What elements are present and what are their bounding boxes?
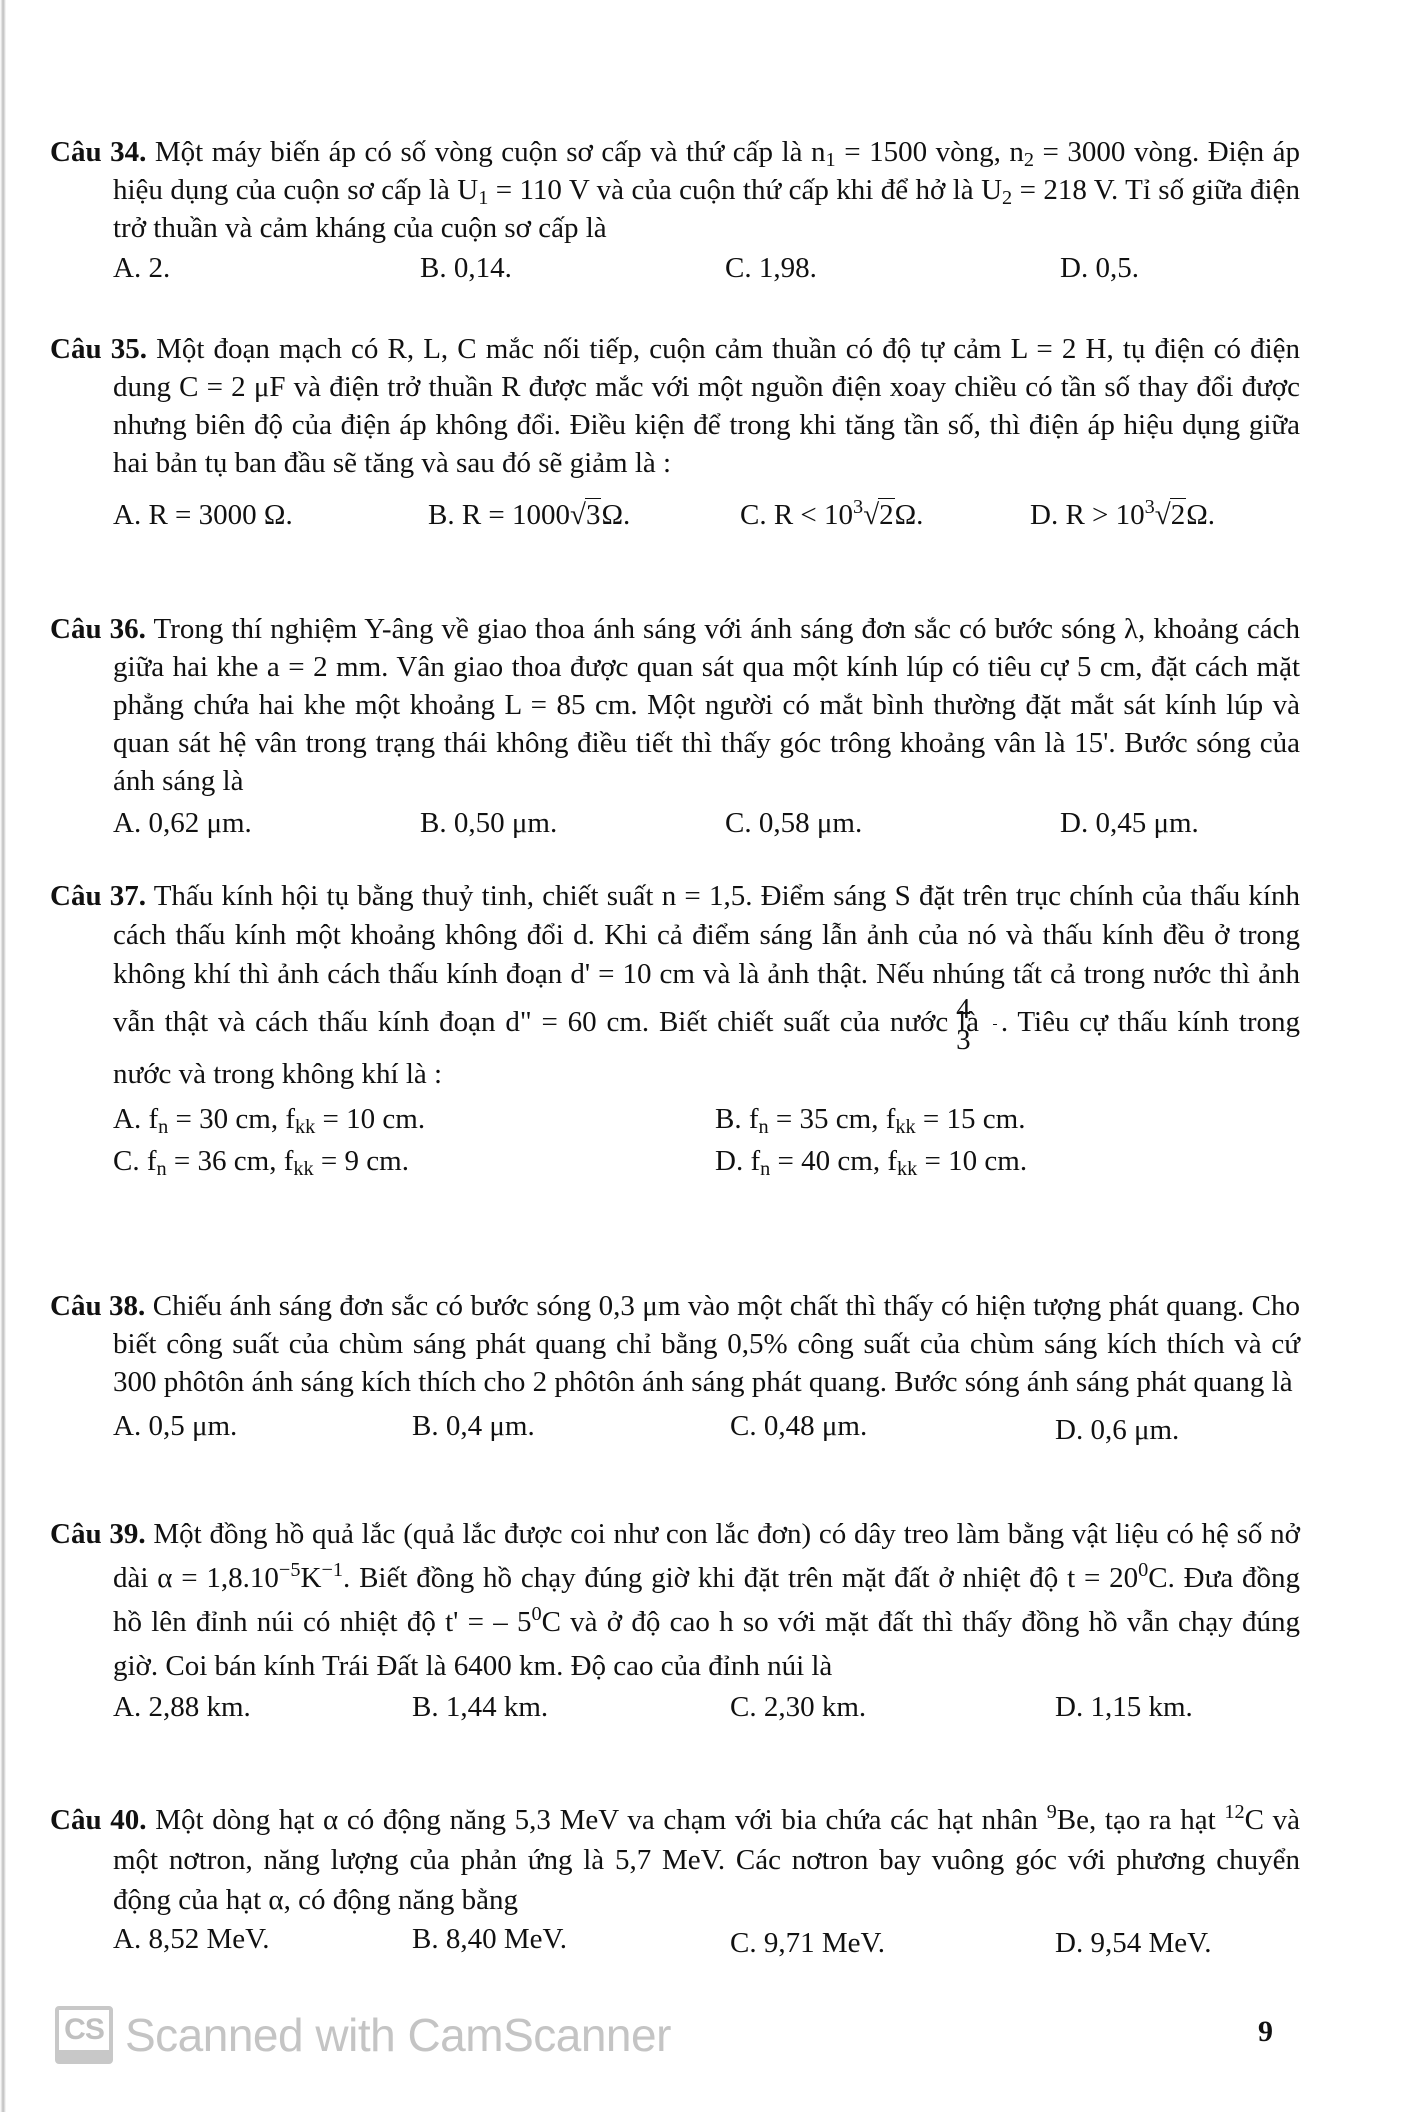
question-label: Câu 38. — [50, 1290, 145, 1322]
option-b[interactable]: B. 0,14. — [420, 249, 512, 287]
option-c[interactable]: C. 1,98. — [725, 249, 817, 287]
option-c[interactable]: C. 2,30 km. — [730, 1688, 866, 1726]
option-a[interactable]: A. 0,5 μm. — [113, 1407, 237, 1445]
option-d[interactable]: D. 0,45 μm. — [1060, 804, 1199, 842]
question-stem: Câu 38. Chiếu ánh sáng đơn sắc có bước s… — [50, 1287, 1300, 1401]
question-37: Câu 37. Thấu kính hội tụ bằng thuỷ tinh,… — [50, 877, 1300, 1182]
answer-options: A. 2,88 km. B. 1,44 km. C. 2,30 km. D. 1… — [50, 1688, 1300, 1728]
option-a[interactable]: A. fn = 30 cm, fkk = 10 cm. — [113, 1100, 425, 1138]
question-39: Câu 39. Một đồng hồ quả lắc (quả lắc đượ… — [50, 1512, 1300, 1728]
question-38: Câu 38. Chiếu ánh sáng đơn sắc có bước s… — [50, 1287, 1300, 1447]
question-stem: Câu 39. Một đồng hồ quả lắc (quả lắc đượ… — [50, 1512, 1300, 1688]
question-label: Câu 37. — [50, 880, 146, 912]
option-b[interactable]: B. fn = 35 cm, fkk = 15 cm. — [715, 1100, 1025, 1138]
option-a[interactable]: A. 2,88 km. — [113, 1688, 251, 1726]
document-page: Câu 34. Một máy biến áp có số vòng cuộn … — [0, 0, 1408, 2112]
option-c[interactable]: C. R < 103√2Ω. — [740, 496, 923, 534]
answer-options: A. 8,52 MeV. B. 8,40 MeV. C. 9,71 MeV. D… — [50, 1920, 1300, 1960]
fraction-four-thirds: 43 — [993, 994, 997, 1055]
option-c[interactable]: C. 0,48 μm. — [730, 1407, 867, 1445]
answer-options: A. R = 3000 Ω. B. R = 1000√3Ω. C. R < 10… — [50, 496, 1300, 536]
question-35: Câu 35. Một đoạn mạch có R, L, C mắc nối… — [50, 330, 1300, 536]
answer-options-row-2: C. fn = 36 cm, fkk = 9 cm. D. fn = 40 cm… — [50, 1142, 1300, 1182]
answer-options: A. 0,62 μm. B. 0,50 μm. C. 0,58 μm. D. 0… — [50, 804, 1300, 844]
question-stem: Câu 35. Một đoạn mạch có R, L, C mắc nối… — [50, 330, 1300, 482]
watermark-text: Scanned with CamScanner — [125, 2008, 671, 2062]
page-number: 9 — [1258, 2015, 1273, 2049]
option-d[interactable]: D. 0,5. — [1060, 249, 1139, 287]
option-a[interactable]: A. 0,62 μm. — [113, 804, 252, 842]
option-b[interactable]: B. 0,4 μm. — [412, 1407, 535, 1445]
question-label: Câu 36. — [50, 613, 146, 645]
option-a[interactable]: A. 8,52 MeV. — [113, 1920, 270, 1958]
question-stem: Câu 34. Một máy biến áp có số vòng cuộn … — [50, 133, 1300, 247]
option-a[interactable]: A. R = 3000 Ω. — [113, 496, 293, 534]
sqrt-symbol: √2 — [1155, 496, 1186, 534]
answer-options: A. 0,5 μm. B. 0,4 μm. C. 0,48 μm. D. 0,6… — [50, 1407, 1300, 1447]
camscanner-watermark: CS Scanned with CamScanner — [55, 2005, 671, 2065]
question-label: Câu 35. — [50, 333, 147, 365]
option-b[interactable]: B. 0,50 μm. — [420, 804, 557, 842]
question-40: Câu 40. Một dòng hạt α có động năng 5,3 … — [50, 1800, 1300, 1960]
question-label: Câu 39. — [50, 1518, 146, 1550]
option-b[interactable]: B. R = 1000√3Ω. — [428, 496, 630, 534]
question-stem: Câu 36. Trong thí nghiệm Y-âng về giao t… — [50, 610, 1300, 800]
option-d[interactable]: D. fn = 40 cm, fkk = 10 cm. — [715, 1142, 1027, 1180]
question-stem: Câu 37. Thấu kính hội tụ bằng thuỷ tinh,… — [50, 877, 1300, 1094]
sqrt-symbol: √3 — [570, 496, 601, 534]
question-36: Câu 36. Trong thí nghiệm Y-âng về giao t… — [50, 610, 1300, 844]
option-a[interactable]: A. 2. — [113, 249, 170, 287]
option-b[interactable]: B. 1,44 km. — [412, 1688, 548, 1726]
camscanner-logo-icon: CS — [55, 2006, 113, 2064]
option-d[interactable]: D. 1,15 km. — [1055, 1688, 1193, 1726]
answer-options-row-1: A. fn = 30 cm, fkk = 10 cm. B. fn = 35 c… — [50, 1100, 1300, 1140]
question-label: Câu 40. — [50, 1804, 147, 1836]
question-label: Câu 34. — [50, 136, 146, 168]
option-b[interactable]: B. 8,40 MeV. — [412, 1920, 567, 1958]
option-d[interactable]: D. 0,6 μm. — [1055, 1411, 1179, 1449]
option-c[interactable]: C. 0,58 μm. — [725, 804, 862, 842]
answer-options: A. 2. B. 0,14. C. 1,98. D. 0,5. — [50, 249, 1300, 289]
question-34: Câu 34. Một máy biến áp có số vòng cuộn … — [50, 133, 1300, 289]
option-c[interactable]: C. 9,71 MeV. — [730, 1924, 885, 1962]
sqrt-symbol: √2 — [863, 496, 894, 534]
option-c[interactable]: C. fn = 36 cm, fkk = 9 cm. — [113, 1142, 409, 1180]
option-d[interactable]: D. 9,54 MeV. — [1055, 1924, 1212, 1962]
option-d[interactable]: D. R > 103√2Ω. — [1030, 496, 1215, 534]
question-stem: Câu 40. Một dòng hạt α có động năng 5,3 … — [50, 1800, 1300, 1920]
